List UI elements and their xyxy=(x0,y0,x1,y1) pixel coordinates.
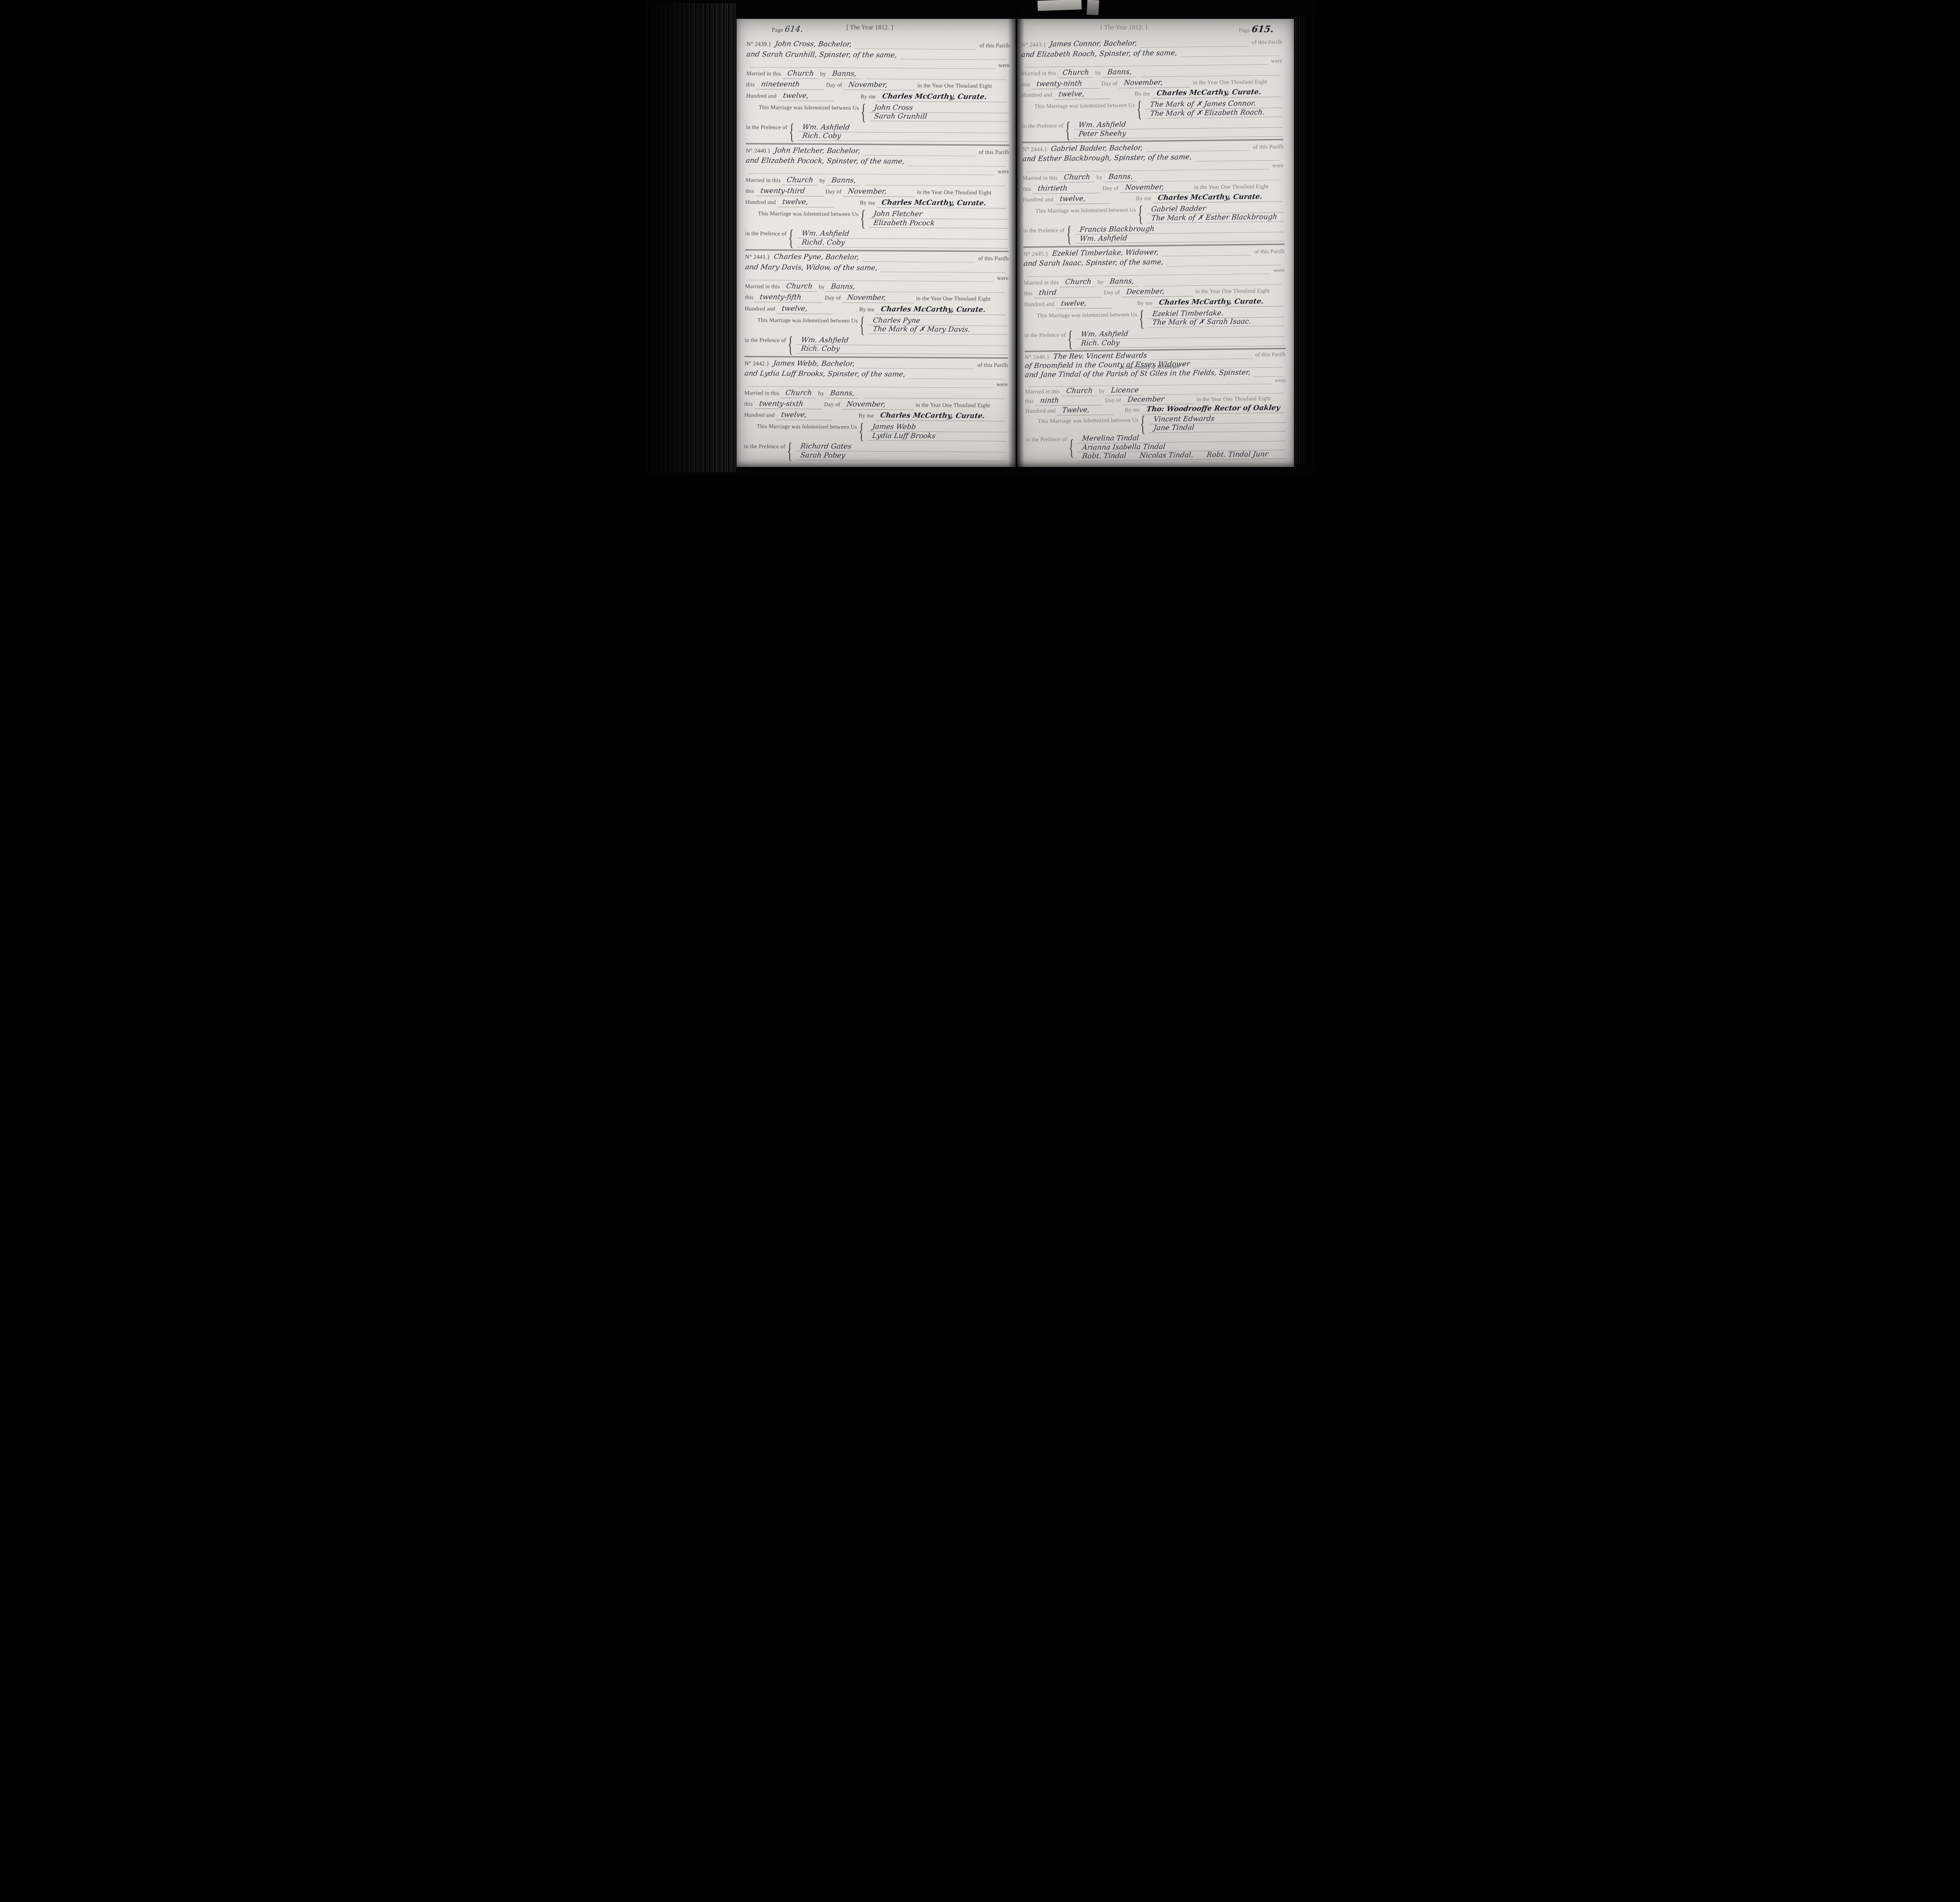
witness-signature: Robt. Tindal Nicolas Tindal. Robt. Tinda… xyxy=(1078,450,1287,461)
ruled-blank xyxy=(1254,370,1283,377)
party-signature: Lydia Luff Brooks xyxy=(867,432,1008,441)
record-number: N° 2446.} xyxy=(1025,354,1050,361)
parties-line: N° 2439.} John Cross, Bachelor, of this … xyxy=(746,40,1010,50)
bride-name: and Esther Blackbrough, Spinster, of the… xyxy=(1022,154,1192,164)
were-line: were xyxy=(746,167,1009,175)
presence-label: in the Preſence of xyxy=(746,124,788,131)
ruled-blank xyxy=(1167,259,1281,267)
church-entry: Church xyxy=(1059,173,1096,183)
solemnized-label: This Marriage was ſolemnized between Us xyxy=(757,423,857,431)
this-label: this xyxy=(1023,186,1031,192)
this-label: this xyxy=(746,82,755,88)
marriage-record: N° 2441.} Charles Pyne, Bachelor, of thi… xyxy=(744,249,1009,358)
solemnized-line: This Marriage was ſolemnized between Us … xyxy=(745,209,1009,228)
officiant-signature: Charles McCarthy, Curate. xyxy=(876,305,1007,315)
ruled-blank xyxy=(1148,387,1283,395)
month-entry: November, xyxy=(841,400,915,410)
by-me-label: By me xyxy=(1135,91,1150,98)
party-signature: Charles Pyne xyxy=(868,316,1009,326)
ruled-blank xyxy=(866,73,1007,80)
witness-signature: Wm. Ashfield xyxy=(797,229,1009,240)
of-this-parish-label: of this Pariſh xyxy=(979,149,1009,156)
year-word-entry: twelve, xyxy=(777,92,835,101)
solemnized-label: This Marriage was ſolemnized between Us xyxy=(1038,417,1138,425)
year-officiant-line: Hundred and twelve, By me Charles McCart… xyxy=(744,411,1007,421)
day-of-label: Day of xyxy=(826,189,842,195)
brace: { xyxy=(1136,102,1142,117)
bride-line: and Mary Davis, Widow, of the same, xyxy=(745,263,1009,273)
ruled-blank xyxy=(1143,279,1282,286)
by-me-label: By me xyxy=(1125,407,1140,414)
marriage-record: N° 2444.} Gabriel Badder, Bachelor, of t… xyxy=(1022,139,1285,246)
record-number: N° 2445.} xyxy=(1024,251,1049,258)
record-number: N° 2441.} xyxy=(745,254,770,261)
party-signature: The Mark of ✗ Mary Davis. xyxy=(868,325,1009,335)
were-label: were xyxy=(1272,163,1283,169)
banns-or-licence-entry: Banns, xyxy=(825,389,860,398)
parties-line: N° 2442.} James Webb, Bachelor, of this … xyxy=(744,359,1008,369)
signatures-stack: James WebbLydia Luff Brooks xyxy=(868,423,1008,441)
year-officiant-line: Hundred and twelve, By me Charles McCart… xyxy=(745,305,1008,315)
married-line: Married in this Church by Banns, xyxy=(744,389,1008,399)
year-officiant-line: Hundred and twelve, By me Charles McCart… xyxy=(746,92,1009,102)
ruled-blank xyxy=(1193,361,1283,368)
bride-name: and Mary Davis, Widow, of the same, xyxy=(744,263,878,272)
church-entry: Church xyxy=(782,70,819,79)
bride-name-text: and Esther Blackbrough, Spinster, of the… xyxy=(1022,153,1192,163)
year-word-entry: twelve, xyxy=(1056,299,1113,309)
ruled-blank xyxy=(748,274,994,281)
party-signature: The Mark of ✗ Sarah Isaac. xyxy=(1148,317,1286,328)
in-the-year-label: in the Year One Thouſand Eight xyxy=(916,296,991,303)
brace: { xyxy=(860,211,866,227)
ruled-blank xyxy=(864,149,976,156)
were-label: were xyxy=(998,169,1009,175)
party-signature: Elizabeth Pocock xyxy=(869,219,1009,229)
this-label: this xyxy=(1024,290,1033,297)
record-number: N° 2440.} xyxy=(746,148,770,154)
ruled-blank xyxy=(855,43,976,49)
by-label: by xyxy=(820,71,826,78)
witness-signature: Richard Gates xyxy=(796,442,1008,452)
presence-line: in the Preſence of { Wm. AshfieldRich. C… xyxy=(746,123,1009,142)
bride-name: and Sarah Grunhill, Spinster, of the sam… xyxy=(746,51,898,60)
bride-line: and Elizabeth Pocock, Spinster, of the s… xyxy=(746,157,1009,167)
month-entry: November, xyxy=(843,81,916,91)
witnesses-stack: Richard GatesSarah Pobey xyxy=(797,442,1007,461)
date-line: this thirtieth Day of November, in the Y… xyxy=(1023,182,1284,194)
day-entry: ninth xyxy=(1035,396,1104,406)
bride-name: and Elizabeth Roach, Spinster, of the sa… xyxy=(1021,49,1178,59)
hundred-and-label: Hundred and xyxy=(745,306,775,312)
solemnized-line: This Marriage was ſolemnized between Us … xyxy=(1024,308,1285,329)
brace: { xyxy=(858,424,864,439)
ruled-blank xyxy=(858,362,975,369)
groom-name: John Cross, Bachelor, xyxy=(775,40,852,49)
solemnized-label: This Marriage was ſolemnized between Us xyxy=(758,211,858,218)
church-entry: Church xyxy=(1058,69,1094,78)
of-this-parish-label: of this Pariſh xyxy=(979,43,1010,49)
were-line: were xyxy=(1024,267,1285,277)
month-entry: November, xyxy=(842,294,915,303)
presence-line: in the Preſence of { Wm. AshfieldRich. C… xyxy=(744,336,1008,355)
marriage-record: N° 2443.} James Connor, Bachelor, of thi… xyxy=(1021,36,1283,142)
by-label: by xyxy=(1095,70,1101,76)
bride-line: and Elizabeth Roach, Spinster, of the sa… xyxy=(1021,48,1282,59)
brace: { xyxy=(859,317,865,333)
day-of-label: Day of xyxy=(1105,397,1121,404)
banns-or-licence-entry: Banns, xyxy=(1102,68,1137,78)
month-entry: November, xyxy=(1119,78,1192,88)
party-signature: Jane Tindal xyxy=(1149,423,1287,433)
presence-label: in the Preſence of xyxy=(745,230,787,238)
solemnized-line: This Marriage was ſolemnized between Us … xyxy=(1022,99,1283,120)
bride-name-text: and Mary Davis, Widow, of the same, xyxy=(744,263,878,272)
records-right: N° 2443.} James Connor, Bachelor, of thi… xyxy=(1021,36,1287,463)
witnesses-stack: Wm. AshfieldRich. Coby xyxy=(1077,328,1286,348)
signatures-stack: Gabriel BadderThe Mark of ✗ Esther Black… xyxy=(1147,203,1284,223)
church-entry: Church xyxy=(1060,278,1097,287)
church-entry: Church xyxy=(781,283,818,292)
married-line: Married in this Church by Banns, xyxy=(1022,67,1283,78)
marriage-record: N° 2445.} Ezekiel Timberlake, Widower, o… xyxy=(1024,243,1286,351)
brace: { xyxy=(1138,206,1143,222)
by-label: by xyxy=(819,178,825,184)
brace: { xyxy=(787,443,793,459)
year-word-entry: twelve, xyxy=(775,411,833,421)
this-label: this xyxy=(745,294,753,301)
signatures-stack: The Mark of ✗ James Connor.The Mark of ✗… xyxy=(1146,99,1283,118)
day-entry: twenty-fifth xyxy=(755,294,824,303)
spacer xyxy=(1112,96,1135,96)
record-number: N° 2439.} xyxy=(746,41,771,48)
witness-signature: Peter Sheehy xyxy=(1074,128,1284,139)
bride-name-text: and Elizabeth Pocock, Spinster, of the s… xyxy=(745,156,905,165)
witness-signature: Richd. Coby xyxy=(797,238,1009,249)
brace: { xyxy=(1069,440,1074,456)
ruled-blank xyxy=(1024,59,1268,67)
banns-or-licence-entry: Banns, xyxy=(826,283,860,292)
parties-line: N° 2440.} John Fletcher, Bachelor, of th… xyxy=(746,147,1009,156)
married-line: Married in this Church by Banns, xyxy=(1024,276,1285,287)
month-entry: December xyxy=(1122,395,1196,405)
signatures-stack: John CrossSarah Grunhill xyxy=(870,103,1010,122)
were-label: were xyxy=(1273,267,1285,274)
presence-line: in the Preſence of { Merelina TindalAria… xyxy=(1025,432,1287,462)
ruled-blank xyxy=(1146,145,1250,152)
year-header: [ The Year 1812. ] xyxy=(1100,24,1147,31)
by-label: by xyxy=(818,390,824,397)
of-this-parish-label: of this Pariſh xyxy=(1252,39,1282,46)
bride-name-text: and Sarah Grunhill, Spinster, of the sam… xyxy=(746,50,898,59)
presence-label: in the Preſence of xyxy=(1024,332,1066,339)
witness-signature: Wm. Ashfield xyxy=(1075,232,1285,243)
book-page-edges-right xyxy=(1294,16,1315,464)
party-signature: The Mark of ✗ Esther Blackbrough xyxy=(1147,212,1285,223)
book-page-edges-left xyxy=(645,3,736,472)
were-label: were xyxy=(1271,58,1282,65)
this-label: this xyxy=(1025,398,1034,405)
month-entry: November, xyxy=(1120,183,1193,193)
bride-line: and Sarah Isaac, Spinster, of the same, xyxy=(1024,257,1285,268)
banns-or-licence-entry: Banns, xyxy=(827,70,862,79)
date-line: this twenty-fifth Day of November, in th… xyxy=(745,293,1008,304)
page-number-block: Page 614. xyxy=(772,24,803,34)
were-label: were xyxy=(998,62,1010,69)
ruled-blank xyxy=(748,381,993,388)
church-entry: Church xyxy=(1061,387,1098,396)
page-614: Page 614. [ The Year 1812. ] N° 2439.} J… xyxy=(737,19,1016,467)
were-label: were xyxy=(997,275,1009,282)
year-word-entry: twelve, xyxy=(777,198,835,208)
were-line: were xyxy=(744,380,1008,388)
hundred-and-label: Hundred and xyxy=(1022,92,1052,99)
ruled-blank xyxy=(865,286,1005,293)
groom-name: Charles Pyne, Bachelor, xyxy=(773,253,860,262)
by-me-label: By me xyxy=(859,306,875,313)
hundred-and-label: Hundred and xyxy=(744,412,775,419)
signatures-stack: Charles PyneThe Mark of ✗ Mary Davis. xyxy=(869,316,1008,335)
solemnized-line: This Marriage was ſolemnized between Us … xyxy=(745,316,1008,335)
witnesses-stack: Wm. AshfieldRichd. Coby xyxy=(798,229,1009,249)
married-in-this-label: Married in this xyxy=(1024,279,1059,287)
ruled-blank xyxy=(750,61,995,69)
banns-or-licence-entry: Licence xyxy=(1106,386,1144,396)
solemnized-line: This Marriage was ſolemnized between Us … xyxy=(746,103,1009,122)
married-in-this-label: Married in this xyxy=(1025,388,1060,396)
ruled-blank xyxy=(862,256,975,263)
day-of-label: Day of xyxy=(1103,185,1119,192)
solemnized-label: This Marriage was ſolemnized between Us xyxy=(757,317,858,325)
of-this-parish-label: of this Pariſh xyxy=(1254,248,1285,255)
married-line: Married in this Church by Banns, xyxy=(745,282,1008,293)
ruled-blank xyxy=(1150,353,1252,360)
by-label: by xyxy=(1096,174,1102,181)
year-officiant-line: Hundred and twelve, By me Charles McCart… xyxy=(1022,88,1283,100)
married-line: Married in this Church by Banns, xyxy=(746,176,1009,187)
marriage-record: N° 2446.} The Rev. Vincent Edwards of th… xyxy=(1025,348,1287,463)
witnesses-stack: Wm. AshfieldRich. Coby xyxy=(797,336,1008,355)
groom-name: Gabriel Badder, Bachelor, xyxy=(1051,144,1143,153)
presence-label: in the Preſence of xyxy=(1023,227,1065,234)
day-entry: nineteenth xyxy=(756,81,825,90)
binding-tab xyxy=(1038,0,1082,11)
brace: { xyxy=(1067,331,1073,347)
bride-line: and Esther Blackbrough, Spinster, of the… xyxy=(1022,152,1283,163)
bride-name-text: and Sarah Isaac, Spinster, of the same, xyxy=(1023,258,1164,268)
presence-line: in the Preſence of { Richard GatesSarah … xyxy=(744,442,1007,461)
in-the-year-label: in the Year One Thouſand Eight xyxy=(1195,288,1270,295)
presence-line: in the Preſence of { Wm. AshfieldPeter S… xyxy=(1022,119,1283,140)
spacer xyxy=(1113,200,1136,201)
ruled-blank xyxy=(1142,174,1281,181)
hundred-and-label: Hundred and xyxy=(1024,301,1054,308)
day-of-label: Day of xyxy=(825,295,841,302)
bride-line: and Lydia Luff Brooks, Spinster, of the … xyxy=(744,370,1008,379)
hundred-and-label: Hundred and xyxy=(746,93,777,100)
married-in-this-label: Married in this xyxy=(744,390,779,397)
bride-name-text: and Elizabeth Roach, Spinster, of the sa… xyxy=(1021,49,1178,59)
page-label: Page xyxy=(1239,27,1250,34)
year-officiant-line: Hundred and twelve, By me Charles McCart… xyxy=(1024,298,1285,309)
party-signature: John Cross xyxy=(869,103,1010,113)
groom-name: John Fletcher, Bachelor, xyxy=(774,147,861,155)
bride-name: and Lydia Luff Brooks, Spinster, of the … xyxy=(744,370,906,379)
by-me-label: By me xyxy=(1137,300,1152,307)
ruled-blank xyxy=(881,266,1005,273)
officiant-signature: Tho: Woodrooffe Rector of Oakley xyxy=(1141,404,1285,414)
ruled-blank xyxy=(908,373,1005,379)
brace: { xyxy=(1066,227,1072,243)
were-label: were xyxy=(1275,377,1286,384)
solemnized-label: This Marriage was ſolemnized between Us xyxy=(759,104,859,112)
day-of-label: Day of xyxy=(1102,80,1118,87)
were-line: were xyxy=(745,274,1009,282)
register-book-scan: Page 614. [ The Year 1812. ] N° 2439.} J… xyxy=(645,0,1315,475)
in-the-year-label: in the Year One Thouſand Eight xyxy=(917,189,991,196)
record-number: N° 2443.} xyxy=(1021,42,1046,49)
married-in-this-label: Married in this xyxy=(1023,175,1058,182)
in-the-year-label: in the Year One Thouſand Eight xyxy=(915,402,990,409)
witnesses-stack: Francis BlackbroughWm. Ashfield xyxy=(1076,223,1285,243)
date-line: this twenty-ninth Day of November, in th… xyxy=(1022,77,1283,89)
presence-line: in the Preſence of { Wm. AshfieldRich. C… xyxy=(1024,328,1285,349)
parties-line: N° 2441.} Charles Pyne, Bachelor, of thi… xyxy=(745,253,1009,263)
witness-signature: Rich. Coby xyxy=(797,345,1009,355)
record-number: N° 2442.} xyxy=(744,361,769,367)
page-615-content: [ The Year 1812. ] Page 615. N° 2443.} J… xyxy=(1026,21,1287,463)
page-number: 614. xyxy=(784,24,804,34)
month-entry: November, xyxy=(842,187,916,197)
hundred-and-label: Hundred and xyxy=(1025,408,1056,415)
hundred-and-label: Hundred and xyxy=(746,199,776,206)
signatures-stack: John FletcherElizabeth Pocock xyxy=(869,210,1009,229)
by-me-label: By me xyxy=(860,200,875,207)
solemnized-line: This Marriage was ſolemnized between Us … xyxy=(1025,414,1287,434)
day-entry: twenty-sixth xyxy=(754,400,823,409)
spacer xyxy=(1114,305,1137,305)
in-the-year-label: in the Year One Thouſand Eight xyxy=(917,83,992,90)
page-number: 615. xyxy=(1251,24,1274,34)
officiant-signature: Charles McCarthy, Curate. xyxy=(1152,193,1283,203)
page-614-header: Page 614. [ The Year 1812. ] xyxy=(745,21,1009,38)
hundred-and-label: Hundred and xyxy=(1023,196,1053,203)
signatures-stack: Ezekiel Timberlake.The Mark of ✗ Sarah I… xyxy=(1148,308,1285,327)
party-signature: Sarah Grunhill xyxy=(869,112,1010,122)
solemnized-line: This Marriage was ſolemnized between Us … xyxy=(1023,203,1284,224)
by-label: by xyxy=(1099,388,1105,394)
banns-or-licence-entry: Banns, xyxy=(1103,173,1138,182)
day-entry: third xyxy=(1034,289,1103,298)
date-line: this twenty-third Day of November, in th… xyxy=(746,187,1009,198)
by-label: by xyxy=(1098,279,1103,286)
ruled-blank xyxy=(865,180,1006,187)
party-signature: The Mark of ✗ Elizabeth Roach. xyxy=(1145,108,1283,118)
this-label: this xyxy=(746,188,754,195)
page-number-block: Page 615. xyxy=(1239,24,1274,34)
officiant-signature: Charles McCarthy, Curate. xyxy=(1151,88,1282,98)
party-signature: John Fletcher xyxy=(869,210,1009,220)
presence-line: in the Preſence of { Francis Blackbrough… xyxy=(1023,223,1284,244)
year-word-entry: twelve, xyxy=(1054,195,1112,204)
bride-name-text: and Lydia Luff Brooks, Spinster, of the … xyxy=(744,369,906,378)
brace: { xyxy=(788,337,793,352)
ruled-blank xyxy=(1141,69,1279,77)
presence-line: in the Preſence of { Wm. AshfieldRichd. … xyxy=(745,229,1009,248)
date-line: this twenty-sixth Day of November, in th… xyxy=(744,400,1008,410)
brace: { xyxy=(1139,311,1145,327)
married-in-this-label: Married in this xyxy=(745,283,780,290)
married-in-this-label: Married in this xyxy=(746,71,781,78)
party-signature: James Webb xyxy=(867,423,1008,432)
banns-or-licence-entry: Banns, xyxy=(1105,277,1140,287)
records-left: N° 2439.} John Cross, Bachelor, of this … xyxy=(744,38,1010,464)
brace: { xyxy=(860,104,866,120)
brace: { xyxy=(788,230,794,246)
officiant-signature: Charles McCarthy, Curate. xyxy=(877,93,1009,102)
page-614-content: Page 614. [ The Year 1812. ] N° 2439.} J… xyxy=(745,21,1009,463)
brace: { xyxy=(1065,122,1071,138)
presence-label: in the Preſence of xyxy=(745,337,786,344)
year-officiant-line: Hundred and twelve, By me Charles McCart… xyxy=(1023,193,1284,205)
day-of-label: Day of xyxy=(1104,290,1120,296)
were-line: were xyxy=(746,61,1010,69)
married-in-this-label: Married in this xyxy=(1022,70,1056,77)
year-word-entry: Twelve, xyxy=(1057,406,1114,415)
of-this-parish-label: of this Pariſh xyxy=(977,362,1008,369)
married-line: Married in this Church by Banns, xyxy=(746,69,1010,80)
parties-line: N° 2444.} Gabriel Badder, Bachelor, of t… xyxy=(1022,142,1283,153)
officiant-signature: Charles McCarthy, Curate. xyxy=(875,412,1007,421)
were-label: were xyxy=(996,381,1008,388)
bride-name: and Elizabeth Pocock, Spinster, of the s… xyxy=(745,157,905,166)
record-number: N° 2444.} xyxy=(1022,146,1047,153)
in-the-year-label: in the Year One Thouſand Eight xyxy=(1193,79,1267,86)
solemnized-label: This Marriage was ſolemnized between Us xyxy=(1037,311,1137,319)
groom-name: Ezekiel Timberlake, Widower, xyxy=(1052,249,1159,258)
brace: { xyxy=(789,124,795,140)
marriage-record: N° 2440.} John Fletcher, Bachelor, of th… xyxy=(745,143,1009,251)
by-me-label: By me xyxy=(860,93,876,100)
were-line: were xyxy=(1022,163,1283,172)
by-me-label: By me xyxy=(858,413,874,419)
date-line: this third Day of December, in the Year … xyxy=(1024,287,1285,298)
ruled-blank xyxy=(1140,40,1249,48)
witnesses-stack: Wm. AshfieldRich. Coby xyxy=(799,123,1009,142)
ruled-blank xyxy=(749,168,995,175)
solemnized-label: This Marriage was ſolemnized between Us xyxy=(1034,102,1135,110)
interlined-note: in the County of Middlesex xyxy=(1120,365,1180,370)
month-entry: December, xyxy=(1121,288,1194,298)
married-in-this-label: Married in this xyxy=(746,177,780,184)
signatures-stack: Vincent EdwardsJane Tindal xyxy=(1149,414,1287,433)
ruled-blank xyxy=(1180,50,1279,57)
groom-name: The Rev. Vincent Edwards xyxy=(1053,352,1147,361)
year-word-entry: twelve, xyxy=(776,305,834,314)
ruled-blank xyxy=(1027,268,1270,276)
presence-label: in the Preſence of xyxy=(744,443,786,450)
year-word-entry: twelve, xyxy=(1053,90,1111,100)
marriage-record: N° 2442.} James Webb, Bachelor, of this … xyxy=(744,356,1008,464)
year-officiant-line: Hundred and twelve, By me Charles McCart… xyxy=(746,198,1009,209)
by-label: by xyxy=(819,284,825,290)
ruled-blank xyxy=(1195,154,1280,162)
bride-line: and Sarah Grunhill, Spinster, of the sam… xyxy=(746,51,1010,60)
banns-or-licence-entry: Banns, xyxy=(826,176,861,185)
day-entry: twenty-ninth xyxy=(1031,80,1101,89)
page-label: Page xyxy=(772,27,783,33)
groom-name: James Connor, Bachelor, xyxy=(1049,40,1138,49)
